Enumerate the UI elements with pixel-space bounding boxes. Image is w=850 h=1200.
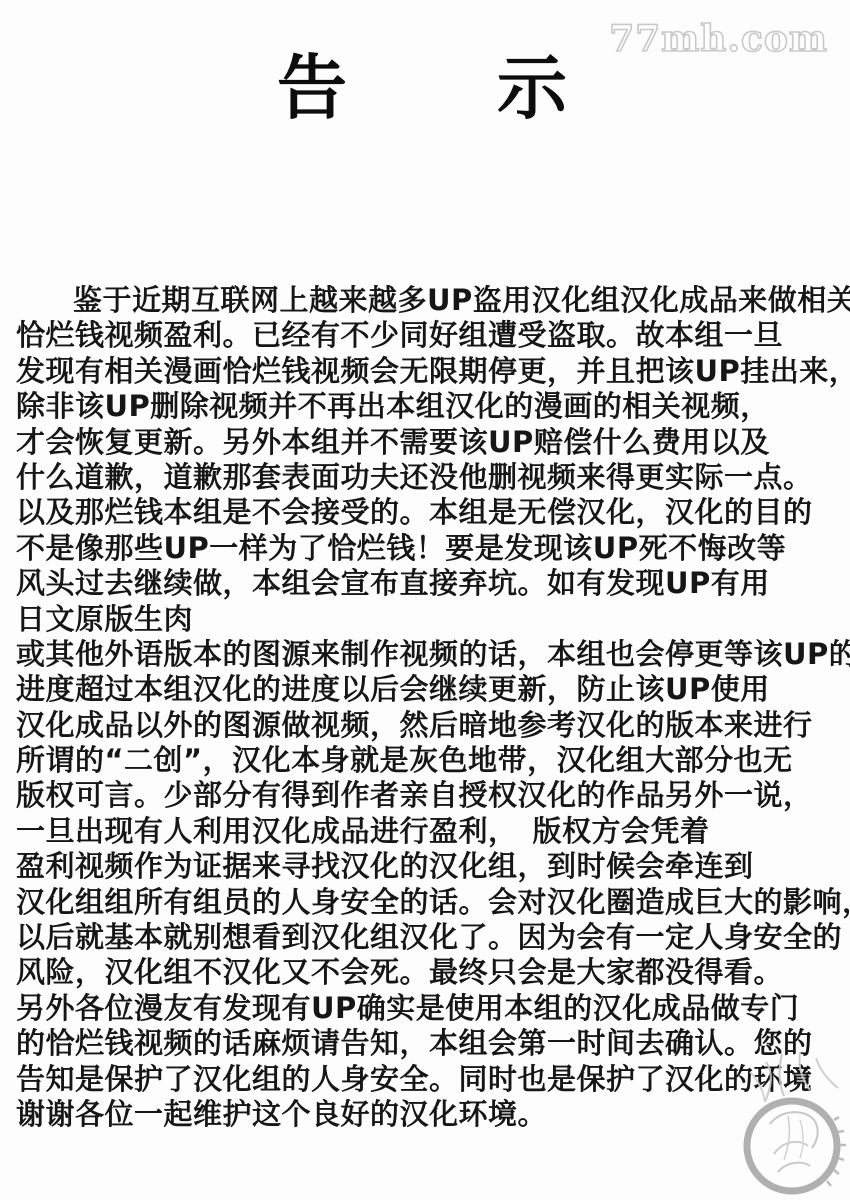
notice-line: 什么道歉，道歉那套表面功夫还没他删视频来得更实际一点。 — [16, 460, 844, 495]
notice-line: 汉化组组所有组员的人身安全的话。会对汉化圈造成巨大的影响， — [16, 885, 844, 920]
notice-line: 汉化成品以外的图源做视频，然后暗地参考汉化的版本来进行 — [16, 708, 844, 743]
title-char-2: 示 — [497, 53, 567, 123]
notice-line: 风险，汉化组不汉化又不会死。最终只会是大家都没得看。 — [16, 955, 844, 990]
notice-line: 所谓的“二创”，汉化本身就是灰色地带，汉化组大部分也无 — [16, 743, 844, 778]
notice-line: 除非该UP删除视频并不再出本组汉化的漫画的相关视频， — [16, 389, 844, 424]
notice-line: 鉴于近期互联网上越来越多UP盗用汉化组汉化成品来做相关 — [16, 283, 844, 318]
page-title: 告 示 — [0, 53, 847, 123]
notice-line: 盈利视频作为证据来寻找汉化的汉化组，到时候会牵连到 — [16, 849, 844, 884]
notice-line: 另外各位漫友有发现有UP确实是使用本组的汉化成品做专门 — [16, 991, 844, 1026]
notice-line: 才会恢复更新。另外本组并不需要该UP赔偿什么费用以及 — [16, 425, 844, 460]
notice-line: 发现有相关漫画恰烂钱视频会无限期停更，并且把该UP挂出来， — [16, 354, 844, 389]
notice-line: 不是像那些UP一样为了恰烂钱！要是发现该UP死不悔改等 — [16, 531, 844, 566]
notice-line: 以及那烂钱本组是不会接受的。本组是无偿汉化，汉化的目的 — [16, 495, 844, 530]
site-watermark: 77mh.com — [609, 21, 828, 57]
notice-body: 鉴于近期互联网上越来越多UP盗用汉化组汉化成品来做相关 恰烂钱视频盈利。已经有不… — [16, 283, 844, 1132]
group-stamp-logo-icon — [716, 1050, 850, 1200]
notice-line: 版权可言。少部分有得到作者亲自授权汉化的作品另外一说， — [16, 778, 844, 813]
notice-line: 风头过去继续做，本组会宣布直接弃坑。如有发现UP有用 — [16, 566, 844, 601]
notice-line: 进度超过本组汉化的进度以后会继续更新，防止该UP使用 — [16, 672, 844, 707]
notice-line: 日文原版生肉 — [16, 602, 844, 637]
notice-line: 一旦出现有人利用汉化成品进行盈利， 版权方会凭着 — [16, 814, 844, 849]
notice-line: 恰烂钱视频盈利。已经有不少同好组遭受盗取。故本组一旦 — [16, 318, 844, 353]
title-char-1: 告 — [277, 53, 347, 123]
notice-page: 77mh.com 告 示 鉴于近期互联网上越来越多UP盗用汉化组汉化成品来做相关… — [0, 0, 850, 1200]
notice-line: 或其他外语版本的图源来制作视频的话，本组也会停更等该UP的 — [16, 637, 844, 672]
notice-line: 以后就基本就别想看到汉化组汉化了。因为会有一定人身安全的 — [16, 920, 844, 955]
